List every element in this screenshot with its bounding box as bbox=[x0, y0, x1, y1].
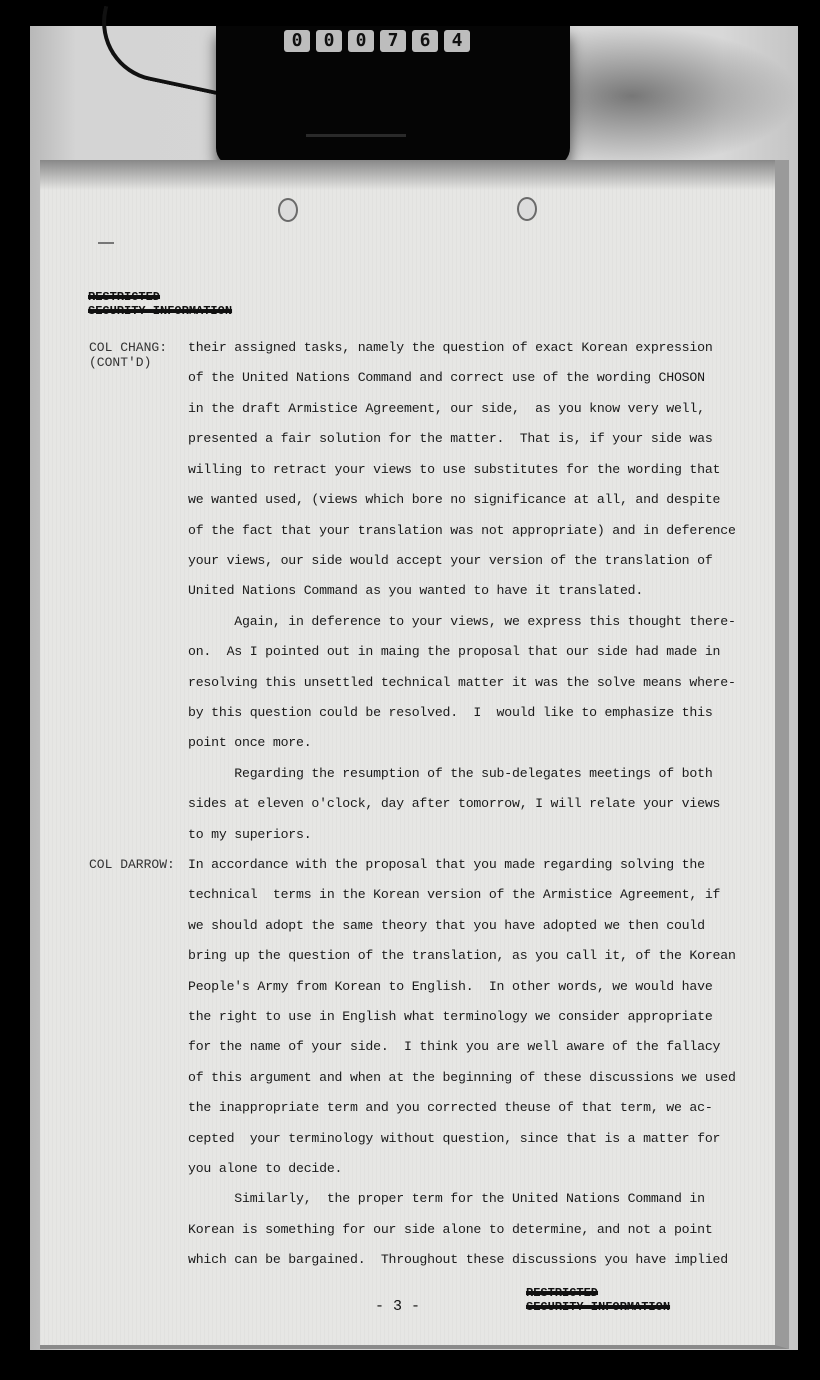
text-line: Again, in deference to your views, we ex… bbox=[188, 614, 736, 629]
text-line: of the United Nations Command and correc… bbox=[188, 370, 705, 385]
text-line: technical terms in the Korean version of… bbox=[188, 887, 720, 902]
counter-slot bbox=[306, 134, 406, 137]
counter-digit: 0 bbox=[348, 30, 374, 52]
text-line: which can be bargained. Throughout these… bbox=[188, 1252, 728, 1267]
text-line: the right to use in English what termino… bbox=[188, 1009, 713, 1024]
text-line: to my superiors. bbox=[188, 827, 311, 842]
text-line: Korean is something for our side alone t… bbox=[188, 1222, 713, 1237]
stray-mark bbox=[98, 242, 114, 244]
frame-counter-device: 0 0 0 7 6 4 bbox=[216, 26, 570, 166]
text-line: you alone to decide. bbox=[188, 1161, 342, 1176]
text-line: resolving this unsettled technical matte… bbox=[188, 675, 736, 690]
counter-digit: 0 bbox=[316, 30, 342, 52]
text-line: willing to retract your views to use sub… bbox=[188, 462, 720, 477]
text-line: for the name of your side. I think you a… bbox=[188, 1039, 720, 1054]
text-line: we should adopt the same theory that you… bbox=[188, 918, 705, 933]
classification-stamp-header: RESTRICTED SECURITY INFORMATION bbox=[88, 290, 232, 318]
page-top-shadow bbox=[40, 160, 775, 190]
text-line: in the draft Armistice Agreement, our si… bbox=[188, 401, 705, 416]
stamp-security-information: SECURITY INFORMATION bbox=[88, 304, 232, 318]
text-line: point once more. bbox=[188, 735, 311, 750]
text-line: bring up the question of the translation… bbox=[188, 948, 736, 963]
text-line: In accordance with the proposal that you… bbox=[188, 857, 705, 872]
classification-stamp-footer: RESTRICTED SECURITY INFORMATION bbox=[526, 1286, 670, 1314]
text-line: their assigned tasks, namely the questio… bbox=[188, 340, 713, 355]
text-line: your views, our side would accept your v… bbox=[188, 553, 713, 568]
text-line: the inappropriate term and you corrected… bbox=[188, 1100, 713, 1115]
text-line: Similarly, the proper term for the Unite… bbox=[188, 1191, 705, 1206]
punch-hole-icon bbox=[278, 198, 298, 222]
counter-digit: 0 bbox=[284, 30, 310, 52]
text-line: cepted your terminology without question… bbox=[188, 1131, 720, 1146]
document-page: RESTRICTED SECURITY INFORMATION COL CHAN… bbox=[40, 160, 789, 1349]
device-shadow bbox=[560, 26, 800, 166]
counter-digit: 4 bbox=[444, 30, 470, 52]
stamp-restricted: RESTRICTED bbox=[526, 1286, 670, 1300]
text-line: Regarding the resumption of the sub-dele… bbox=[188, 766, 713, 781]
counter-digit: 7 bbox=[380, 30, 406, 52]
text-line: People's Army from Korean to English. In… bbox=[188, 979, 713, 994]
speaker-label-darrow: COL DARROW: bbox=[89, 857, 175, 872]
text-line: of this argument and when at the beginni… bbox=[188, 1070, 736, 1085]
counter-digit: 6 bbox=[412, 30, 438, 52]
text-line: presented a fair solution for the matter… bbox=[188, 431, 713, 446]
text-line: of the fact that your translation was no… bbox=[188, 523, 736, 538]
text-line: by this question could be resolved. I wo… bbox=[188, 705, 713, 720]
punch-hole-icon bbox=[517, 197, 537, 221]
page-number: - 3 - bbox=[375, 1298, 420, 1315]
text-line: sides at eleven o'clock, day after tomor… bbox=[188, 796, 720, 811]
stamp-security-information: SECURITY INFORMATION bbox=[526, 1300, 670, 1314]
text-line: United Nations Command as you wanted to … bbox=[188, 583, 643, 598]
speaker-label-chang: COL CHANG: (CONT'D) bbox=[89, 340, 167, 370]
stamp-restricted: RESTRICTED bbox=[88, 290, 232, 304]
text-line: on. As I pointed out in maing the propos… bbox=[188, 644, 720, 659]
text-line: we wanted used, (views which bore no sig… bbox=[188, 492, 720, 507]
frame-counter: 0 0 0 7 6 4 bbox=[284, 30, 470, 52]
